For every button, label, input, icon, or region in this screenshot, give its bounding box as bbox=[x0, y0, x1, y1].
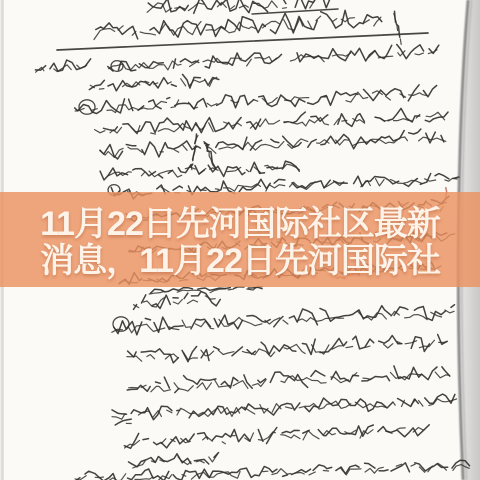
headline-line-2: 消息，11月22日先河国际社 bbox=[40, 243, 440, 280]
article-cover: 11月22日先河国际社区最新 消息，11月22日先河国际社 bbox=[0, 0, 480, 480]
headline-banner: 11月22日先河国际社区最新 消息，11月22日先河国际社 bbox=[0, 192, 480, 287]
headline-line-1: 11月22日先河国际社区最新 bbox=[40, 206, 440, 243]
